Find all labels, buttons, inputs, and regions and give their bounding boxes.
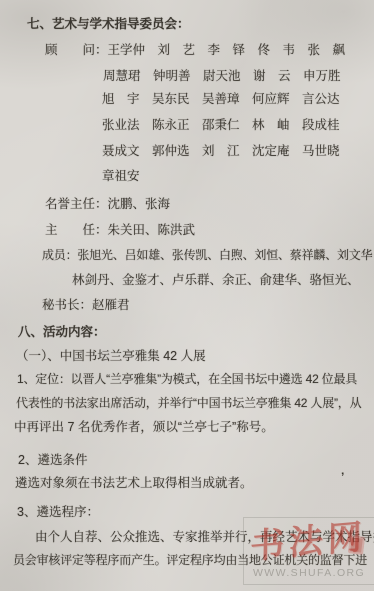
para3-heading: 3、遴选程序： (17, 505, 99, 519)
para1-line-1: 1、定位：以晋人“兰亭雅集”为模式，在全国书坛中遴选 42 位最具 (17, 372, 357, 386)
watermark-border-box (243, 517, 374, 585)
para2-heading: 2、遴选条件 (18, 453, 87, 467)
members-row-2: 林剑丹、金鉴才、卢乐群、余正、俞建华、骆恒光、 (72, 273, 360, 287)
secretary-general-line: 秘书长：赵雁君 (42, 298, 130, 312)
para1-line-2: 代表性的书法家出席活动，并举行“中国书坛兰亭雅集 42 人展”，从 (16, 396, 361, 410)
stray-ink-mark: ’ (341, 470, 344, 484)
honorary-director-line: 名誉主任：沈鹏、张海 (45, 197, 170, 211)
advisors-row-4: 张业法 陈永正 邵秉仁 林 岫 段成桂 (102, 118, 340, 132)
advisors-row-5: 聂成文 郭仲选 刘 江 沈定庵 马世晓 (102, 144, 340, 158)
scanned-document-page: 七、艺术与学术指导委员会： 顾 问：王学仲 刘 艺 李 铎 佟 韦 张 飙 周慧… (0, 0, 374, 591)
shufa-watermark: 书法网 WWW.SHUFA.ORG (0, 0, 374, 591)
para3-line-2: 员会审核评定等程序而产生。评定程序均由当地公证机关的监督下进 (13, 553, 367, 567)
activities-heading: 八、活动内容： (18, 325, 106, 339)
advisors-row-3: 旭 宇 吴东民 吴善璋 何应辉 言公达 (102, 92, 340, 106)
advisors-row-6: 章祖安 (102, 169, 140, 183)
para1-line-3: 中再评出 7 名优秀作者，颁以“兰亭七子”称号。 (14, 420, 274, 434)
para3-line-1: 由个人自荐、公众推选、专家推举并行，再经艺术与学术指导委 (35, 530, 374, 544)
advisors-row-1: 顾 问：王学仲 刘 艺 李 铎 佟 韦 张 飙 (45, 43, 345, 57)
advisors-row-2: 周慧珺 钟明善 尉天池 谢 云 申万胜 (103, 69, 341, 83)
members-row-1: 成员：张旭光、吕如雄、张传凯、白煦、刘恒、蔡祥麟、刘文华 (42, 248, 372, 262)
committee-heading: 七、艺术与学术指导委员会： (27, 17, 190, 31)
para2-line-1: 遴选对象须在书法艺术上取得相当成就者。 (15, 476, 253, 490)
shufa-url-text: WWW.SHUFA.ORG (253, 567, 365, 579)
director-line: 主 任：朱关田、陈洪武 (45, 223, 195, 237)
activity-item1-title: （一）、中国书坛兰亭雅集 42 人展 (16, 349, 206, 363)
